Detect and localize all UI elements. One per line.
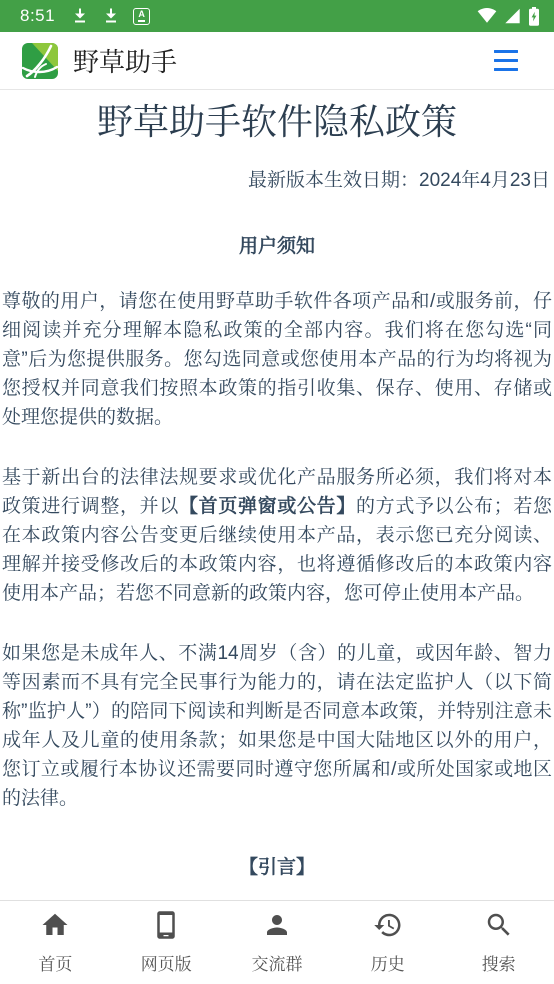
battery-charging-icon xyxy=(528,7,540,26)
nav-item-search[interactable]: 搜索 xyxy=(443,901,554,984)
paragraph-bold-text: 【首页弹窗或公告】 xyxy=(179,496,356,517)
person-icon xyxy=(262,910,292,945)
nav-label: 交流群 xyxy=(251,950,302,975)
app-bar: 野草助手 xyxy=(0,32,554,90)
smartphone-icon xyxy=(151,910,181,945)
wifi-icon xyxy=(477,8,497,24)
effective-date: 最新版本生效日期：2024年4月23日 xyxy=(2,170,552,192)
nav-label: 网页版 xyxy=(141,950,192,975)
nav-label: 历史 xyxy=(371,950,405,975)
home-icon xyxy=(40,910,70,945)
paragraph: 基于新出台的法律法规要求或优化产品服务所必须，我们将对本政策进行调整，并以【首页… xyxy=(2,463,552,608)
content-scroll-area[interactable]: 野草助手软件隐私政策 最新版本生效日期：2024年4月23日 用户须知 尊敬的用… xyxy=(0,90,554,899)
nav-item-web-version[interactable]: 网页版 xyxy=(111,901,222,984)
nav-item-home[interactable]: 首页 xyxy=(0,901,111,984)
download-icon xyxy=(102,7,120,25)
bottom-nav-bar: 首页 网页版 交流群 历史 搜索 xyxy=(0,900,554,984)
history-icon xyxy=(373,910,403,945)
paragraph: 如果您是未成年人、不满14周岁（含）的儿童，或因年龄、智力等因素而不具有完全民事… xyxy=(2,639,552,813)
nav-item-chat-group[interactable]: 交流群 xyxy=(222,901,333,984)
section-heading-user-notice: 用户须知 xyxy=(2,232,552,261)
clock-time: 8:51 xyxy=(20,6,55,26)
hamburger-menu-icon[interactable] xyxy=(494,46,518,75)
nav-label: 搜索 xyxy=(482,950,516,975)
paragraph-text: 如果您是未成年人、不满14周岁（含）的儿童，或因年龄、智力等因素而不具有完全民事… xyxy=(2,643,552,809)
status-bar: 8:51 A xyxy=(0,0,554,32)
nav-item-history[interactable]: 历史 xyxy=(332,901,443,984)
app-title: 野草助手 xyxy=(73,42,177,79)
paragraph-text: 尊敬的用户，请您在使用野草助手软件各项产品和/或服务前，仔细阅读并充分理解本隐私… xyxy=(2,291,552,428)
download-icon xyxy=(71,7,89,25)
search-icon xyxy=(484,910,514,945)
auto-install-badge-icon: A xyxy=(133,8,150,25)
section-heading-introduction: 【引言】 xyxy=(2,853,552,882)
nav-label: 首页 xyxy=(38,950,72,975)
page-title: 野草助手软件隐私政策 xyxy=(2,98,552,146)
app-logo xyxy=(22,43,58,79)
paragraph: 尊敬的用户，请您在使用野草助手软件各项产品和/或服务前，仔细阅读并充分理解本隐私… xyxy=(2,287,552,432)
cellular-signal-icon xyxy=(504,8,521,24)
